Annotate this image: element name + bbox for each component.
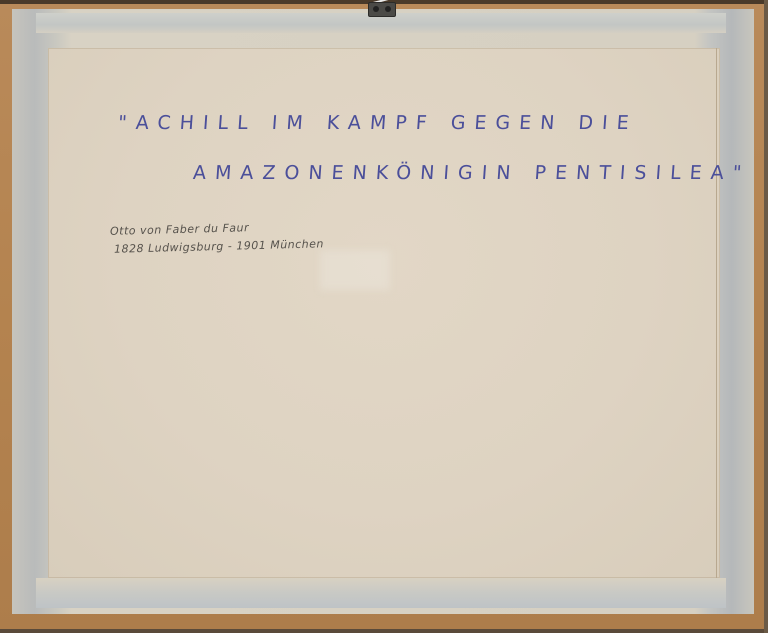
frame-right-edge xyxy=(764,0,768,633)
hanger-hook-icon xyxy=(368,2,396,17)
artwork-back-photo: "ACHILL IM KAMPF GEGEN DIE AMAZONENKÖNIG… xyxy=(0,0,768,633)
inscription-title-line-2: AMAZONENKÖNIGIN PENTISILEA" xyxy=(192,162,751,184)
masking-tape-bottom xyxy=(36,578,726,608)
inscription-title-line-1: "ACHILL IM KAMPF GEGEN DIE xyxy=(117,112,638,134)
paper-smudge xyxy=(320,250,390,290)
paper-edge-line xyxy=(716,48,717,578)
frame-bottom-edge xyxy=(0,629,768,633)
